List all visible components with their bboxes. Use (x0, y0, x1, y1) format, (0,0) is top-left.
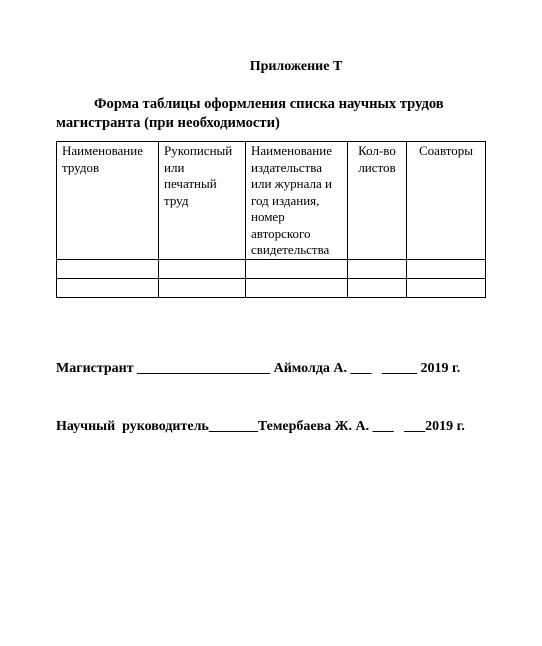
table-cell[interactable] (159, 259, 246, 278)
table-cell[interactable] (246, 278, 348, 297)
header-sheet-count: Кол-во листов (348, 142, 407, 260)
table-cell[interactable] (407, 259, 486, 278)
appendix-title: Приложение Т (0, 59, 542, 75)
header-publisher: Наименование издательства или журнала и … (246, 142, 348, 260)
table-cell[interactable] (246, 259, 348, 278)
table-header-row: Наименование трудов Рукописный или печат… (57, 142, 486, 260)
table-row (57, 259, 486, 278)
table-cell[interactable] (348, 259, 407, 278)
header-work-title: Наименование трудов (57, 142, 159, 260)
table-cell[interactable] (57, 278, 159, 297)
table-cell[interactable] (348, 278, 407, 297)
table-row (57, 278, 486, 297)
header-manuscript-or-printed: Рукописный или печатный труд (159, 142, 246, 260)
table-cell[interactable] (159, 278, 246, 297)
student-signature-line: Магистрант ___________________ Аймолда А… (56, 361, 460, 377)
supervisor-signature-line: Научный руководитель_______Темербаева Ж.… (56, 419, 465, 435)
header-coauthors: Соавторы (407, 142, 486, 260)
form-title: Форма таблицы оформления списка научных … (56, 95, 496, 133)
table-cell[interactable] (407, 278, 486, 297)
scientific-works-table: Наименование трудов Рукописный или печат… (56, 141, 486, 298)
table-cell[interactable] (57, 259, 159, 278)
